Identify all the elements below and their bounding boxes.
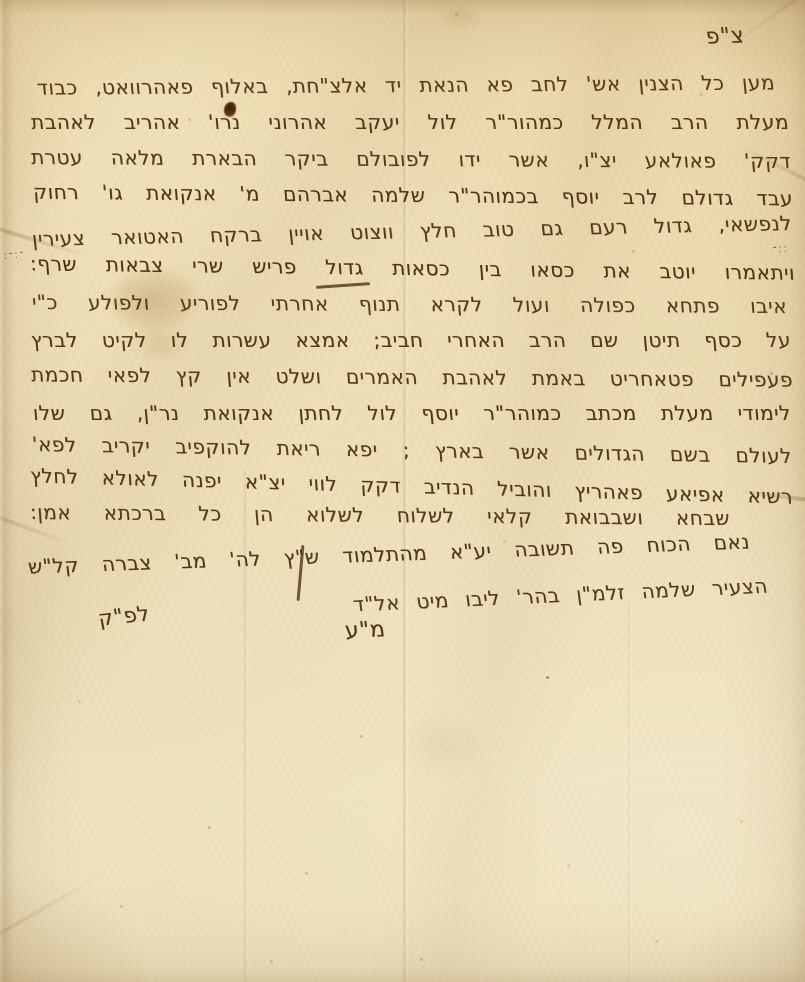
manuscript-line-2: מעלת הרב המלל כמהור"ר לול יעקב אהרוני נר…: [30, 109, 791, 138]
fold-crease-bottom-left-corner: [0, 872, 105, 936]
fold-crease-right-lower: [742, 490, 805, 503]
manuscript-line-11: לעולם בשם הגדולים אשר בארץ ; יפא ריאת לה…: [31, 431, 793, 472]
diacritic-marks-right: ׃׃־: [773, 243, 789, 255]
stain: [92, 256, 216, 344]
fold-crease-right-upper: [737, 143, 805, 185]
manuscript-line-1: מען כל הצנין אש' לחב פא הנאת יד אלצ"חת, …: [36, 69, 777, 103]
manuscript-line-13: שבחא ושבבואת קלאי לשלוח לשלוא הן כל ברכת…: [29, 499, 731, 534]
fold-crease-left-lower: [0, 515, 70, 545]
word-underline-stroke: [316, 282, 370, 288]
manuscript-line-4: עבד גדולם לרב יוסף בכמוהר"ר שלמה אברהם מ…: [32, 179, 794, 215]
signature-mark: מ"ע: [343, 617, 386, 643]
photo-vignette: [0, 0, 805, 982]
stain: [380, 700, 500, 790]
fold-crease-vertical-right: [627, 600, 632, 982]
manuscript-line-9: פעפילים פטאחריט באמת לאהבת האמרים ושלט א…: [30, 361, 794, 395]
manuscript-line-7: איבו פתחא כפולה ועול לקרא תנוף אחרתי לפו…: [31, 289, 788, 322]
manuscript-line-6: ויתאמרו יוטב את כסאו בין כסאות גדול פריש…: [29, 250, 796, 288]
manuscript-line-14: נאם הכוח פה תשובה יע"א מהתלמוד ש"ץ לה' מ…: [26, 528, 751, 582]
manuscript-photo: צ"פ מען כל הצנין אש' לחב פא הנאת יד אלצ"…: [0, 0, 805, 982]
manuscript-line-15: הצעיר שלמה זלמ"ן בהר' ליבו מיט אל"ד: [351, 573, 769, 621]
diacritic-marks-left: ־׃־׃: [3, 249, 25, 262]
ink-blot: [224, 102, 236, 117]
crumple-shading: [0, 0, 805, 982]
manuscript-line-12: רשיא אפיאע פאהריץ והוביל הנדיב דקק לווי …: [29, 462, 793, 512]
manuscript-line-10: לימודי מעלת מכתב כמוהר"ר יוסף לול לחתן א…: [32, 400, 793, 429]
header-inscription: צ"פ: [699, 23, 750, 50]
paper-speckles: [0, 0, 3, 3]
laid-paper-texture: [0, 0, 805, 982]
manuscript-line-8: על כסף תיטן שם הרב האחרי חביב; אמצא עשרו…: [30, 327, 793, 356]
fold-crease-left-upper: [0, 226, 88, 258]
stain: [430, 0, 490, 34]
fold-crease-vertical-center: [402, 0, 409, 982]
fold-crease-top-right-corner: [709, 0, 802, 61]
manuscript-line-3: דקק' פאולאע יצ"ו, אשר ידו לפובולם ביקר ה…: [30, 144, 792, 177]
fold-crease-vertical-left: [243, 470, 249, 982]
stain: [118, 316, 202, 372]
date-abbreviation: לפ"ק: [96, 601, 152, 630]
pen-descender-stroke: [297, 545, 304, 601]
manuscript-line-5: לנפשאי, גדול רעם גם טוב חלץ ווצוט אויין …: [31, 210, 794, 255]
